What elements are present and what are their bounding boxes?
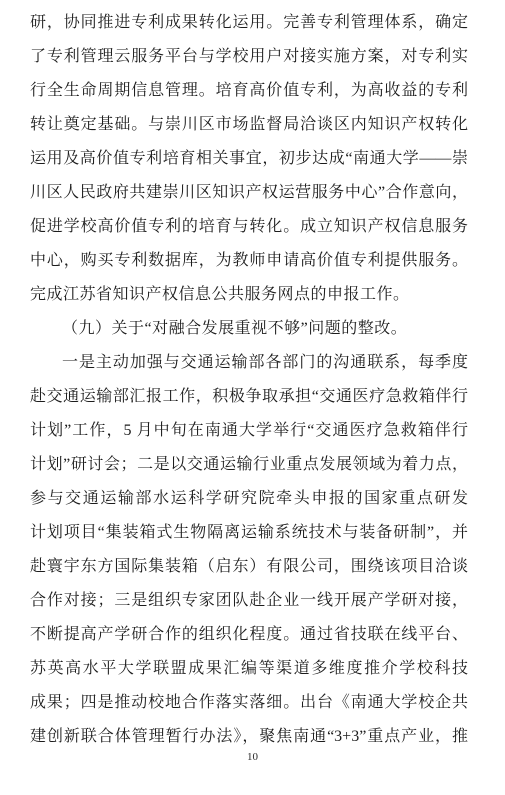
text-line-2: 了专利管理云服务平台与学校用户对接实施方案，对专利实 [30, 40, 468, 74]
text-line-5: 运用及高价值专利培育相关事宜，初步达成“南通大学——崇 [30, 142, 468, 176]
text-line-15: 参与交通运输部水运科学研究院牵头申报的国家重点研发 [30, 482, 468, 516]
text-line-4: 转让奠定基础。与崇川区市场监督局洽谈区内知识产权转化 [30, 108, 468, 142]
text-line-21: 成果；四是推动校地合作落实落细。出台《南通大学校企共 [30, 686, 468, 720]
section-heading-line: （九）关于“对融合发展重视不够”问题的整改。 [30, 312, 468, 346]
text-line-22: 建创新联合体管理暂行办法》，聚焦南通“3+3”重点产业，推 [30, 720, 468, 754]
document-body: 研，协同推进专利成果转化运用。完善专利管理体系，确定 了专利管理云服务平台与学校… [30, 6, 468, 754]
text-line-13: 计划”工作，5 月中旬在南通大学举行“交通医疗急救箱伴行 [30, 414, 468, 448]
document-page: 研，协同推进专利成果转化运用。完善专利管理体系，确定 了专利管理云服务平台与学校… [0, 0, 505, 795]
text-line-8: 中心，购买专利数据库，为教师申请高价值专利提供服务。 [30, 244, 468, 278]
text-line-14: 计划”研讨会；二是以交通运输行业重点发展领域为着力点， [30, 448, 468, 482]
text-line-9: 完成江苏省知识产权信息公共服务网点的申报工作。 [30, 278, 468, 312]
text-line-11: 一是主动加强与交通运输部各部门的沟通联系，每季度 [30, 346, 468, 380]
page-number: 10 [0, 751, 505, 763]
text-line-6: 川区人民政府共建崇川区知识产权运营服务中心”合作意向， [30, 176, 468, 210]
text-line-18: 合作对接；三是组织专家团队赴企业一线开展产学研对接， [30, 584, 468, 618]
text-line-3: 行全生命周期信息管理。培育高价值专利，为高收益的专利 [30, 74, 468, 108]
text-line-1: 研，协同推进专利成果转化运用。完善专利管理体系，确定 [30, 6, 468, 40]
text-line-7: 促进学校高价值专利的培育与转化。成立知识产权信息服务 [30, 210, 468, 244]
text-line-16: 计划项目“集装箱式生物隔离运输系统技术与装备研制”，并 [30, 516, 468, 550]
text-line-12: 赴交通运输部汇报工作，积极争取承担“交通医疗急救箱伴行 [30, 380, 468, 414]
text-line-19: 不断提高产学研合作的组织化程度。通过省技联在线平台、 [30, 618, 468, 652]
text-line-20: 苏英高水平大学联盟成果汇编等渠道多维度推介学校科技 [30, 652, 468, 686]
text-line-17: 赴寰宇东方国际集装箱（启东）有限公司，围绕该项目洽谈 [30, 550, 468, 584]
